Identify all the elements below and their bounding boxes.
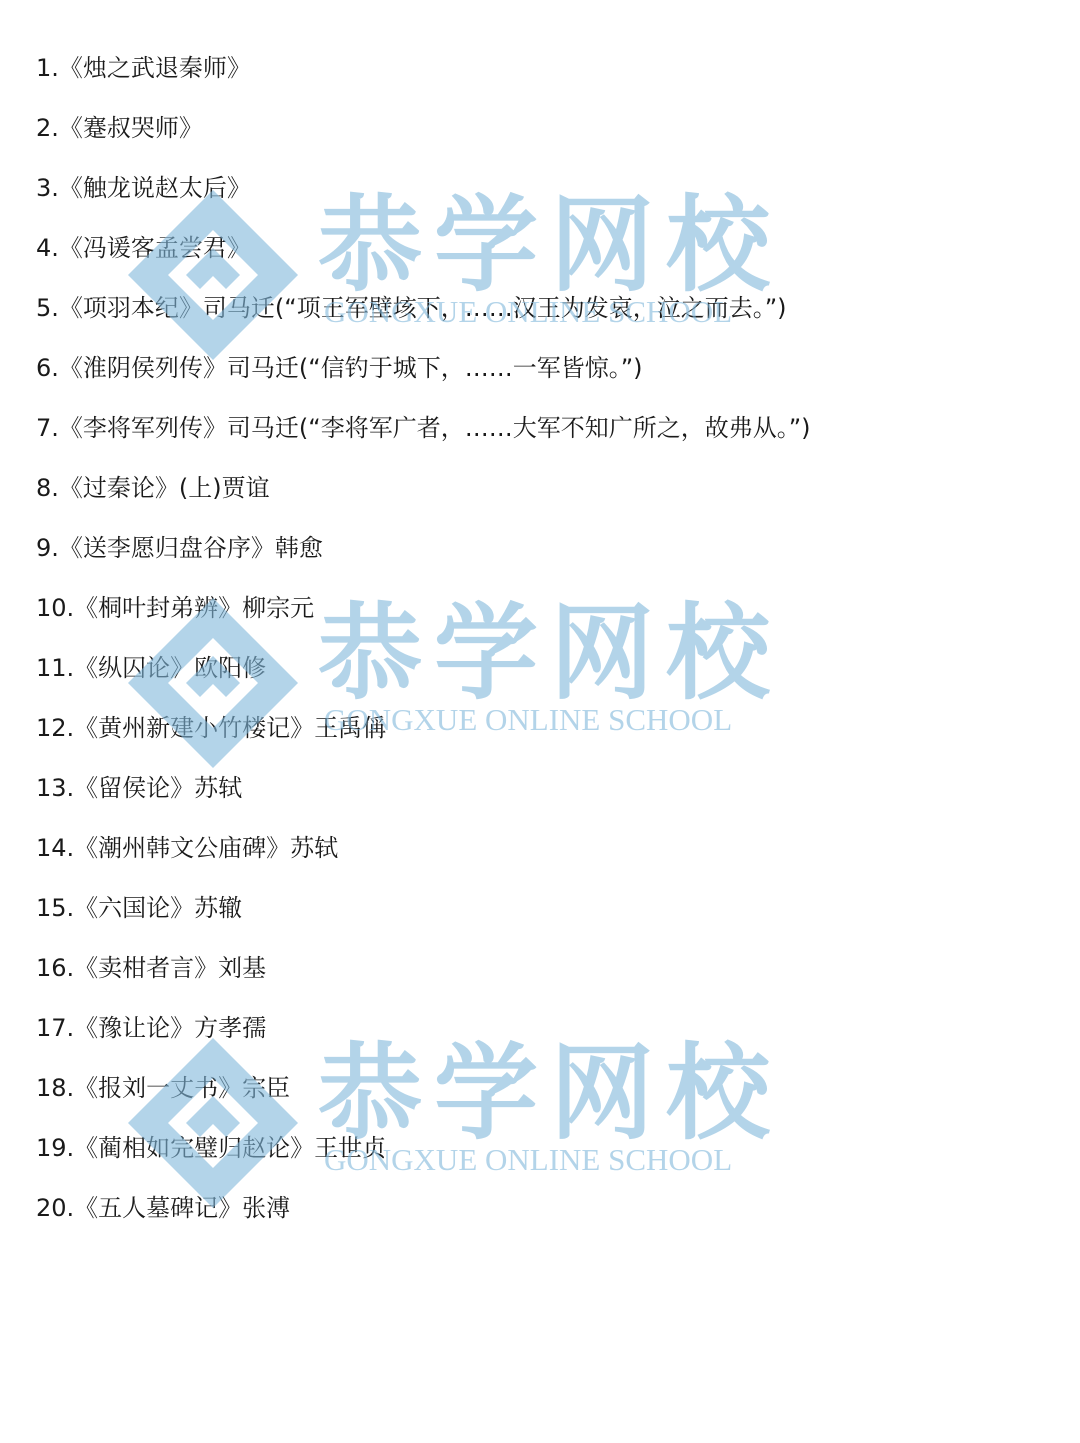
item-number: 1. (36, 54, 59, 82)
list-item: 10.《桐叶封弟辨》柳宗元 (36, 588, 811, 648)
list-item: 14.《潮州韩文公庙碑》苏轼 (36, 828, 811, 888)
item-number: 9. (36, 534, 59, 562)
list-item: 7.《李将军列传》司马迁(“李将军广者，……大军不知广所之，故弗从。”) (36, 408, 811, 468)
item-text: 《李将军列传》司马迁(“李将军广者，……大军不知广所之，故弗从。”) (59, 414, 811, 442)
list-item: 15.《六国论》苏辙 (36, 888, 811, 948)
item-text: 《报刘一丈书》宗臣 (74, 1074, 290, 1102)
list-item: 5.《项羽本纪》司马迁(“项王军壁垓下，……汉王为发哀，泣之而去。”) (36, 288, 811, 348)
item-number: 10. (36, 594, 74, 622)
list-item: 20.《五人墓碑记》张溥 (36, 1188, 811, 1248)
item-text: 《桐叶封弟辨》柳宗元 (74, 594, 314, 622)
item-number: 2. (36, 114, 59, 142)
item-text: 《项羽本纪》司马迁(“项王军壁垓下，……汉王为发哀，泣之而去。”) (59, 294, 787, 322)
list-item: 16.《卖柑者言》刘基 (36, 948, 811, 1008)
item-number: 3. (36, 174, 59, 202)
list-item: 13.《留侯论》苏轼 (36, 768, 811, 828)
item-number: 8. (36, 474, 59, 502)
list-item: 18.《报刘一丈书》宗臣 (36, 1068, 811, 1128)
list-item: 19.《蔺相如完璧归赵论》王世贞 (36, 1128, 811, 1188)
list-item: 1.《烛之武退秦师》 (36, 48, 811, 108)
item-number: 13. (36, 774, 74, 802)
item-text: 《黄州新建小竹楼记》王禹偁 (74, 714, 386, 742)
item-number: 7. (36, 414, 59, 442)
item-number: 15. (36, 894, 74, 922)
item-text: 《六国论》苏辙 (74, 894, 242, 922)
item-number: 14. (36, 834, 74, 862)
item-text: 《烛之武退秦师》 (59, 54, 251, 82)
article-list: 1.《烛之武退秦师》 2.《蹇叔哭师》 3.《触龙说赵太后》 4.《冯谖客孟尝君… (36, 48, 811, 1248)
list-item: 4.《冯谖客孟尝君》 (36, 228, 811, 288)
list-item: 12.《黄州新建小竹楼记》王禹偁 (36, 708, 811, 768)
item-number: 12. (36, 714, 74, 742)
item-text: 《五人墓碑记》张溥 (74, 1194, 290, 1222)
item-text: 《豫让论》方孝孺 (74, 1014, 266, 1042)
item-text: 《蹇叔哭师》 (59, 114, 203, 142)
item-text: 《送李愿归盘谷序》韩愈 (59, 534, 323, 562)
item-number: 5. (36, 294, 59, 322)
list-item: 9.《送李愿归盘谷序》韩愈 (36, 528, 811, 588)
item-number: 20. (36, 1194, 74, 1222)
item-text: 《蔺相如完璧归赵论》王世贞 (74, 1134, 386, 1162)
list-item: 6.《淮阴侯列传》司马迁(“信钓于城下，……一军皆惊。”) (36, 348, 811, 408)
item-text: 《卖柑者言》刘基 (74, 954, 266, 982)
item-number: 4. (36, 234, 59, 262)
item-number: 18. (36, 1074, 74, 1102)
item-number: 17. (36, 1014, 74, 1042)
item-number: 19. (36, 1134, 74, 1162)
item-text: 《纵囚论》欧阳修 (74, 654, 266, 682)
item-number: 6. (36, 354, 59, 382)
list-item: 2.《蹇叔哭师》 (36, 108, 811, 168)
list-item: 8.《过秦论》(上)贾谊 (36, 468, 811, 528)
item-text: 《潮州韩文公庙碑》苏轼 (74, 834, 338, 862)
item-text: 《过秦论》(上)贾谊 (59, 474, 270, 502)
item-number: 11. (36, 654, 74, 682)
list-item: 3.《触龙说赵太后》 (36, 168, 811, 228)
item-text: 《触龙说赵太后》 (59, 174, 251, 202)
list-item: 11.《纵囚论》欧阳修 (36, 648, 811, 708)
item-text: 《淮阴侯列传》司马迁(“信钓于城下，……一军皆惊。”) (59, 354, 643, 382)
item-text: 《留侯论》苏轼 (74, 774, 242, 802)
item-text: 《冯谖客孟尝君》 (59, 234, 251, 262)
item-number: 16. (36, 954, 74, 982)
list-item: 17.《豫让论》方孝孺 (36, 1008, 811, 1068)
